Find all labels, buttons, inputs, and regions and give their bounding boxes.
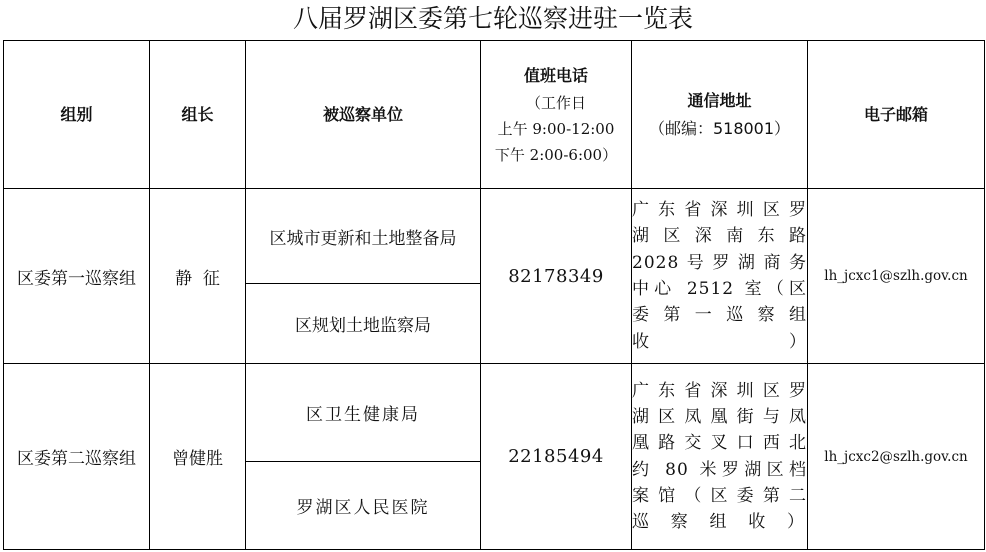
group-leader: 静 征 <box>150 189 246 364</box>
inspected-unit: 区卫生健康局 <box>246 364 481 462</box>
inspected-unit: 区城市更新和土地整备局 <box>246 189 481 284</box>
group-leader: 曾健胜 <box>150 364 246 550</box>
page-title: 八届罗湖区委第七轮巡察进驻一览表 <box>0 2 986 36</box>
header-address: 通信地址 （邮编：518001） <box>632 41 808 189</box>
header-leader: 组长 <box>150 41 246 189</box>
inspected-unit: 区规划土地监察局 <box>246 284 481 364</box>
inspected-unit: 罗湖区人民医院 <box>246 462 481 550</box>
group-name: 区委第二巡察组 <box>4 364 150 550</box>
email-address[interactable]: lh_jcxc2@szlh.gov.cn <box>808 364 985 550</box>
header-units: 被巡察单位 <box>246 41 481 189</box>
duty-phone: 22185494 <box>481 364 632 550</box>
header-phone: 值班电话 （工作日 上午 9:00-12:00 下午 2:00-6:00） <box>481 41 632 189</box>
mailing-address: 广东省深圳区罗 湖区凤凰街与凤 凰路交叉口西北 约 80 米罗湖区档 案馆（区委… <box>632 364 808 550</box>
table-row: 区委第二巡察组 曾健胜 区卫生健康局 22185494 广东省深圳区罗 湖区凤凰… <box>4 364 985 462</box>
header-group: 组别 <box>4 41 150 189</box>
email-address[interactable]: lh_jcxc1@szlh.gov.cn <box>808 189 985 364</box>
header-email: 电子邮箱 <box>808 41 985 189</box>
group-name: 区委第一巡察组 <box>4 189 150 364</box>
header-row: 组别 组长 被巡察单位 值班电话 （工作日 上午 9:00-12:00 下午 2… <box>4 41 985 189</box>
inspection-table: 组别 组长 被巡察单位 值班电话 （工作日 上午 9:00-12:00 下午 2… <box>3 40 985 550</box>
mailing-address: 广东省深圳区罗 湖区深南东路 2028号罗湖商务 中心 2512 室（区 委第一… <box>632 189 808 364</box>
table-row: 区委第一巡察组 静 征 区城市更新和土地整备局 82178349 广东省深圳区罗… <box>4 189 985 284</box>
duty-phone: 82178349 <box>481 189 632 364</box>
